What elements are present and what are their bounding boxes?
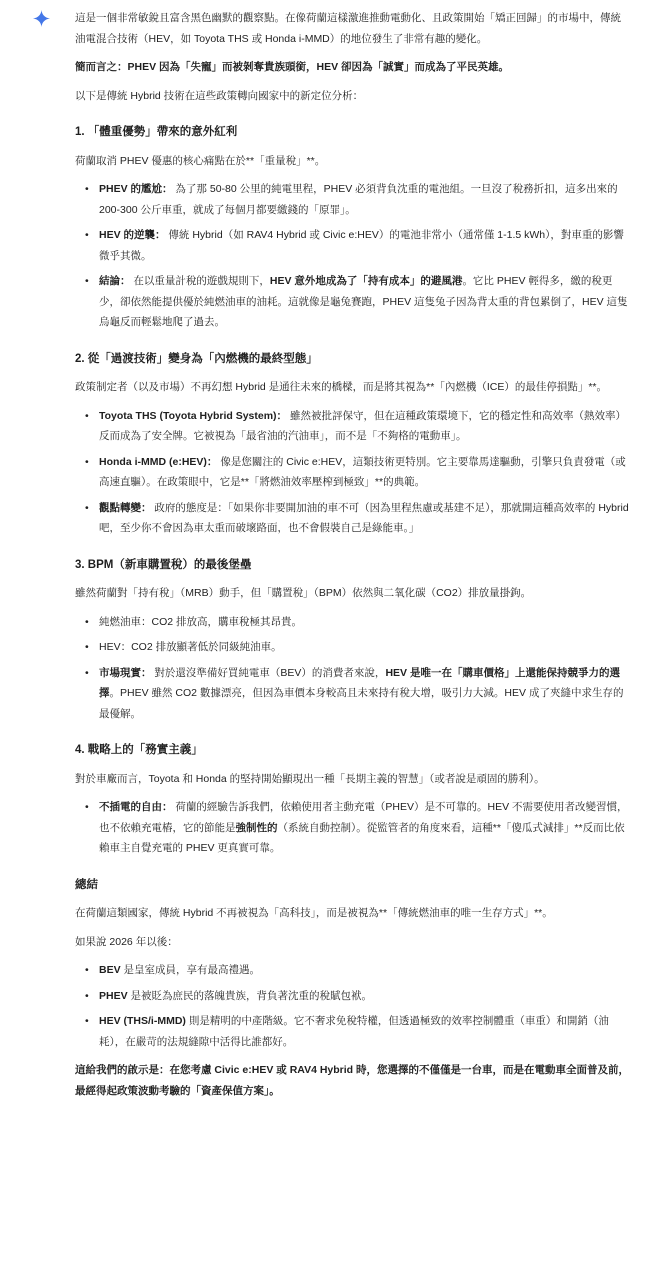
paragraph: 雖然荷蘭對「持有稅」（MRB）動手，但「購置稅」（BPM）依然與二氧化碳（CO2… bbox=[75, 583, 629, 604]
bold-text: HEV 意外地成為了「持有成本」的避風港 bbox=[270, 275, 463, 287]
text: 在荷蘭這類國家，傳統 Hybrid 不再被視為「高科技」，而是被視為**「傳統燃… bbox=[75, 907, 553, 919]
bold-text: Toyota THS (Toyota Hybrid System)： bbox=[99, 410, 287, 422]
text: HEV：CO2 排放顯著低於同級純油車。 bbox=[99, 641, 282, 653]
list-item: 不插電的自由： 荷蘭的經驗告訴我們，依賴使用者主動充電（PHEV）是不可靠的。H… bbox=[85, 797, 629, 859]
paragraph: 這給我們的啟示是：在您考慮 Civic e:HEV 或 RAV4 Hybrid … bbox=[75, 1060, 629, 1101]
bullet-list: BEV 是皇室成員，享有最高禮遇。PHEV 是被貶為庶民的落魄貴族，背負著沈重的… bbox=[75, 960, 629, 1052]
assistant-avatar bbox=[33, 8, 50, 27]
paragraph: 這是一個非常敏銳且富含黑色幽默的觀察點。在像荷蘭這樣激進推動電動化、且政策開始「… bbox=[75, 8, 629, 49]
text: 在以重量計稅的遊戲規則下， bbox=[131, 275, 270, 287]
bold-text: 這給我們的啟示是：在您考慮 Civic e:HEV 或 RAV4 Hybrid … bbox=[75, 1064, 629, 1097]
bold-text: 3. BPM（新車購置稅）的最後堡壘 bbox=[75, 559, 251, 571]
bullet-list: 不插電的自由： 荷蘭的經驗告訴我們，依賴使用者主動充電（PHEV）是不可靠的。H… bbox=[75, 797, 629, 859]
text: 如果說 2026 年以後： bbox=[75, 936, 178, 948]
text: 純燃油車：CO2 排放高，購車稅極其昂貴。 bbox=[99, 616, 302, 628]
section-heading: 3. BPM（新車購置稅）的最後堡壘 bbox=[75, 555, 629, 576]
paragraph: 在荷蘭這類國家，傳統 Hybrid 不再被視為「高科技」，而是被視為**「傳統燃… bbox=[75, 903, 629, 924]
list-item: Toyota THS (Toyota Hybrid System)： 雖然被批評… bbox=[85, 406, 629, 447]
bullet-list: 純燃油車：CO2 排放高，購車稅極其昂貴。HEV：CO2 排放顯著低於同級純油車… bbox=[75, 612, 629, 725]
section-heading: 4. 戰略上的「務實主義」 bbox=[75, 740, 629, 761]
text: 為了那 50-80 公里的純電里程，PHEV 必須背負沈重的電池組。一旦沒了稅務… bbox=[99, 183, 618, 216]
paragraph: 以下是傳統 Hybrid 技術在這些政策轉向國家中的新定位分析： bbox=[75, 86, 629, 107]
bold-text: 結論： bbox=[99, 275, 131, 287]
section-heading: 總結 bbox=[75, 875, 629, 896]
bold-text: 強制性的 bbox=[236, 822, 278, 834]
bold-text: 觀點轉變： bbox=[99, 502, 152, 514]
list-item: HEV (THS/i-MMD) 則是精明的中產階級。它不奢求免稅特權，但透過極致… bbox=[85, 1011, 629, 1052]
list-item: 市場現實： 對於還沒準備好買純電車（BEV）的消費者來說，HEV 是唯一在「購車… bbox=[85, 663, 629, 725]
text: 是被貶為庶民的落魄貴族，背負著沈重的稅賦包袱。 bbox=[128, 990, 372, 1002]
gemini-sparkle-icon bbox=[33, 10, 50, 27]
text: 政府的態度是：「如果你非要開加油的車不可（因為里程焦慮或基建不足），那就開這種高… bbox=[99, 502, 629, 535]
list-item: Honda i-MMD (e:HEV)： 像是您關注的 Civic e:HEV，… bbox=[85, 452, 629, 493]
list-item: PHEV 的尷尬： 為了那 50-80 公里的純電里程，PHEV 必須背負沈重的… bbox=[85, 179, 629, 220]
section-heading: 2. 從「過渡技術」變身為「內燃機的最終型態」 bbox=[75, 349, 629, 370]
paragraph: 政策制定者（以及市場）不再幻想 Hybrid 是通往未來的橋樑，而是將其視為**… bbox=[75, 377, 629, 398]
text: 雖然荷蘭對「持有稅」（MRB）動手，但「購置稅」（BPM）依然與二氧化碳（CO2… bbox=[75, 587, 531, 599]
bold-text: PHEV bbox=[99, 990, 128, 1002]
paragraph: 荷蘭取消 PHEV 優惠的核心痛點在於**「重量稅」**。 bbox=[75, 151, 629, 172]
text: 對於還沒準備好買純電車（BEV）的消費者來說， bbox=[152, 667, 386, 679]
bold-text: 1. 「體重優勢」帶來的意外紅利 bbox=[75, 126, 237, 138]
list-item: 觀點轉變： 政府的態度是：「如果你非要開加油的車不可（因為里程焦慮或基建不足），… bbox=[85, 498, 629, 539]
list-item: 結論： 在以重量計稅的遊戲規則下，HEV 意外地成為了「持有成本」的避風港。它比… bbox=[85, 271, 629, 333]
list-item: HEV：CO2 排放顯著低於同級純油車。 bbox=[85, 637, 629, 658]
paragraph: 如果說 2026 年以後： bbox=[75, 932, 629, 953]
bold-text: PHEV 的尷尬： bbox=[99, 183, 173, 195]
paragraph: 對於車廠而言，Toyota 和 Honda 的堅持開始顯現出一種「長期主義的智慧… bbox=[75, 769, 629, 790]
text: 荷蘭取消 PHEV 優惠的核心痛點在於**「重量稅」**。 bbox=[75, 155, 325, 167]
list-item: PHEV 是被貶為庶民的落魄貴族，背負著沈重的稅賦包袱。 bbox=[85, 986, 629, 1007]
bold-text: 簡而言之：PHEV 因為「失寵」而被剝奪貴族頭銜，HEV 卻因為「誠實」而成為了… bbox=[75, 61, 509, 73]
bold-text: HEV 的逆襲： bbox=[99, 229, 166, 241]
section-heading: 1. 「體重優勢」帶來的意外紅利 bbox=[75, 122, 629, 143]
bold-text: 4. 戰略上的「務實主義」 bbox=[75, 744, 203, 756]
bold-text: 不插電的自由： bbox=[99, 801, 173, 813]
bold-text: Honda i-MMD (e:HEV)： bbox=[99, 456, 217, 468]
bold-text: HEV (THS/i-MMD) bbox=[99, 1015, 186, 1027]
bold-text: 2. 從「過渡技術」變身為「內燃機的最終型態」 bbox=[75, 353, 318, 365]
assistant-message: 這是一個非常敏銳且富含黑色幽默的觀察點。在像荷蘭這樣激進推動電動化、且政策開始「… bbox=[0, 0, 657, 1109]
bold-text: 市場現實： bbox=[99, 667, 152, 679]
text: 是皇室成員，享有最高禮遇。 bbox=[121, 964, 260, 976]
text: 傳統 Hybrid（如 RAV4 Hybrid 或 Civic e:HEV）的電… bbox=[99, 229, 624, 262]
text: 政策制定者（以及市場）不再幻想 Hybrid 是通往未來的橋樑，而是將其視為**… bbox=[75, 381, 607, 393]
text: 。PHEV 雖然 CO2 數據漂亮，但因為車價本身較高且未來持有稅大增，吸引力大… bbox=[99, 687, 623, 720]
bold-text: 總結 bbox=[75, 879, 98, 891]
paragraph: 簡而言之：PHEV 因為「失寵」而被剝奪貴族頭銜，HEV 卻因為「誠實」而成為了… bbox=[75, 57, 629, 78]
text: 這是一個非常敏銳且富含黑色幽默的觀察點。在像荷蘭這樣激進推動電動化、且政策開始「… bbox=[75, 12, 621, 45]
list-item: 純燃油車：CO2 排放高，購車稅極其昂貴。 bbox=[85, 612, 629, 633]
bullet-list: PHEV 的尷尬： 為了那 50-80 公里的純電里程，PHEV 必須背負沈重的… bbox=[75, 179, 629, 333]
bullet-list: Toyota THS (Toyota Hybrid System)： 雖然被批評… bbox=[75, 406, 629, 539]
bold-text: BEV bbox=[99, 964, 121, 976]
message-content: 這是一個非常敏銳且富含黑色幽默的觀察點。在像荷蘭這樣激進推動電動化、且政策開始「… bbox=[75, 8, 629, 1109]
list-item: BEV 是皇室成員，享有最高禮遇。 bbox=[85, 960, 629, 981]
list-item: HEV 的逆襲： 傳統 Hybrid（如 RAV4 Hybrid 或 Civic… bbox=[85, 225, 629, 266]
text: 對於車廠而言，Toyota 和 Honda 的堅持開始顯現出一種「長期主義的智慧… bbox=[75, 773, 545, 785]
text: 以下是傳統 Hybrid 技術在這些政策轉向國家中的新定位分析： bbox=[75, 90, 363, 102]
